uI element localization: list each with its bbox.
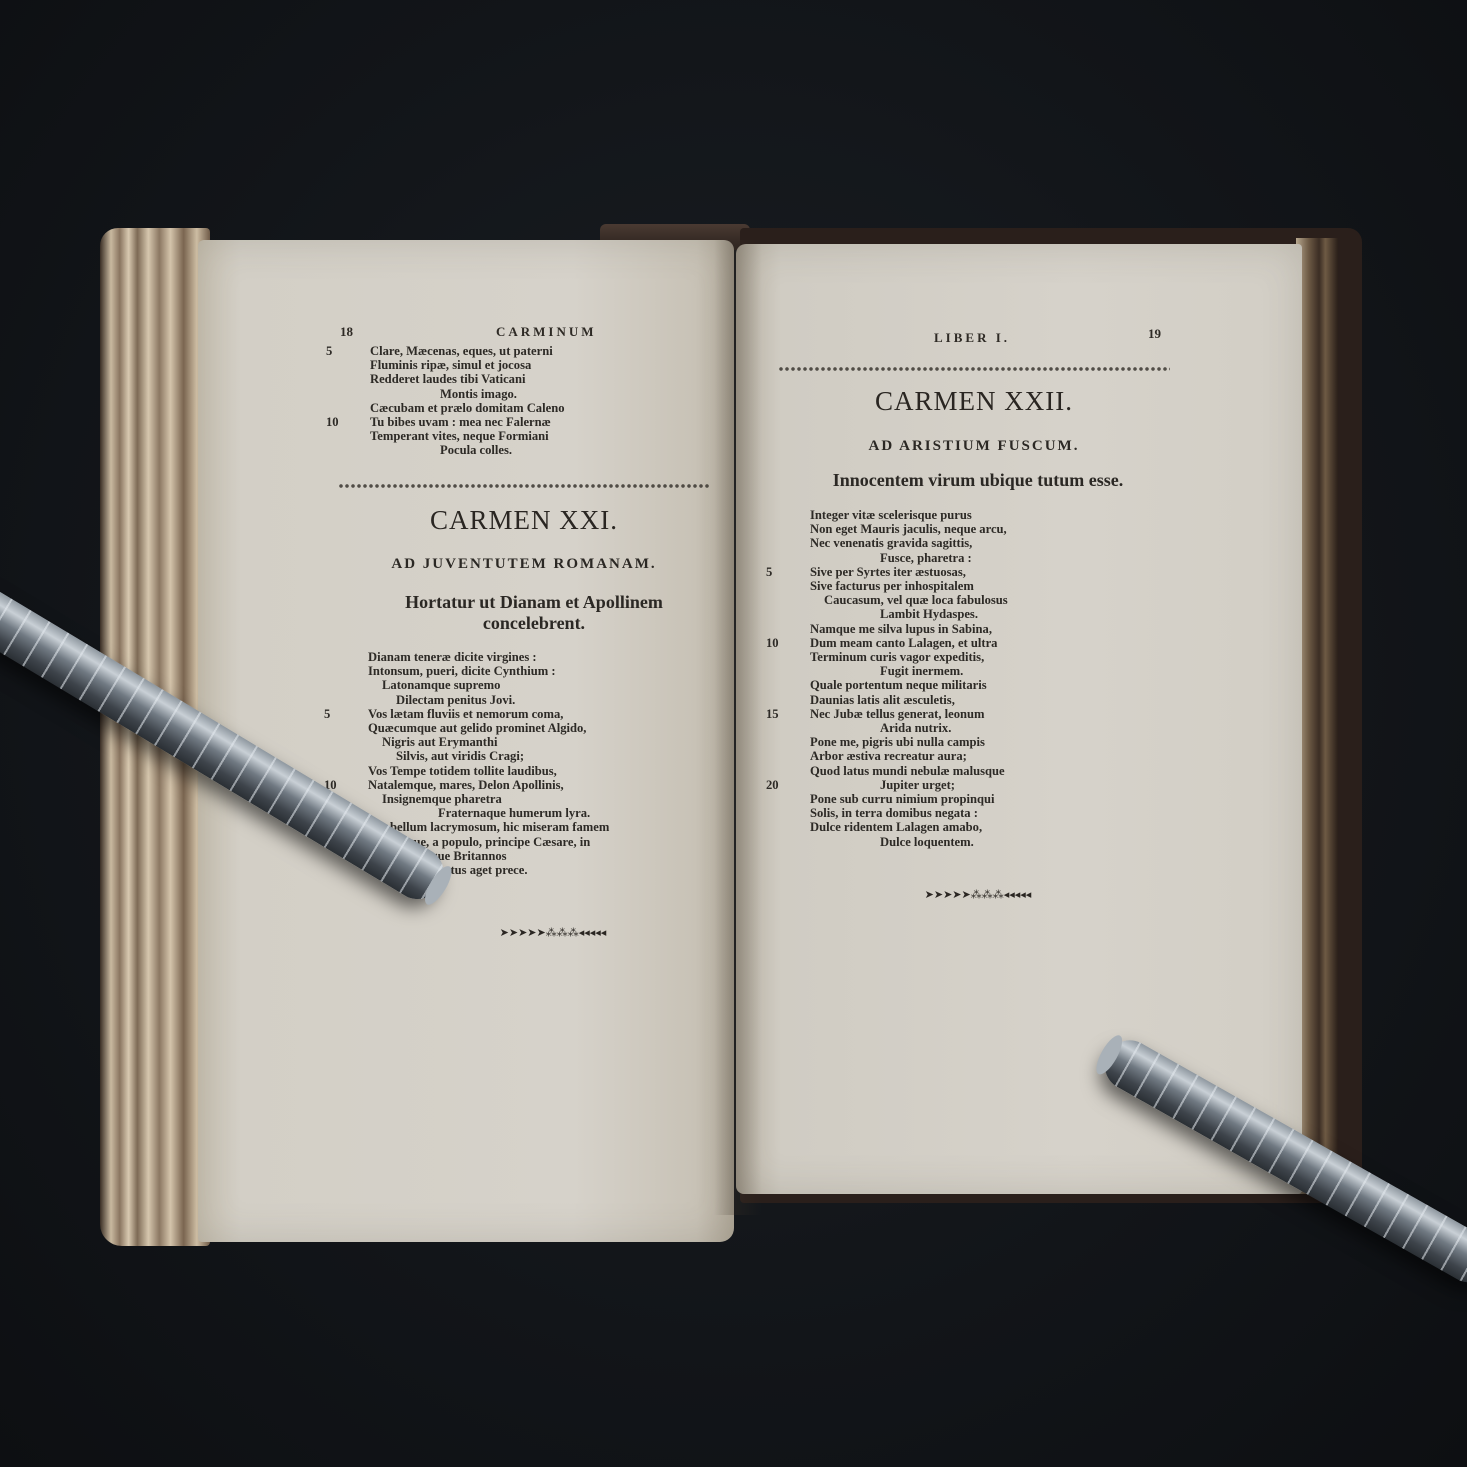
argument-line: Innocentem virum ubique tutum esse. bbox=[778, 470, 1178, 491]
verse-text: Pocula colles. bbox=[440, 443, 512, 457]
verse-text: Nigris aut Erymanthi bbox=[382, 735, 497, 749]
line-number: 5 bbox=[766, 565, 796, 579]
verse-line: Daunias latis alit æsculetis, bbox=[810, 693, 1008, 707]
verse-line: 5Clare, Mæcenas, eques, ut paterni bbox=[370, 344, 565, 358]
verse-text: Sive facturus per inhospitalem bbox=[810, 579, 974, 593]
verse-line: Solis, in terra domibus negata : bbox=[810, 806, 1008, 820]
verse-text: Solis, in terra domibus negata : bbox=[810, 806, 978, 820]
right-page: LIBER I. 19 CARMEN XXII. AD ARISTIUM FUS… bbox=[736, 244, 1302, 1194]
poem-dedication: AD JUVENTUTEM ROMANAM. bbox=[338, 556, 710, 573]
poem-argument: Hortatur ut Dianam et Apollinem conceleb… bbox=[348, 592, 720, 634]
verse-line: Pone sub curru nimium propinqui bbox=[810, 792, 1008, 806]
verse-text: Sive per Syrtes iter æstuosas, bbox=[810, 565, 966, 579]
line-number: 15 bbox=[766, 707, 796, 721]
verse-text: Arida nutrix. bbox=[880, 721, 951, 735]
verse-text: Terminum curis vagor expeditis, bbox=[810, 650, 984, 664]
verse-text: Jupiter urget; bbox=[880, 778, 955, 792]
verse-line: Fluminis ripæ, simul et jocosa bbox=[370, 358, 565, 372]
verse-line: Fraternaque humerum lyra. bbox=[368, 806, 609, 820]
verse-line: Latonamque supremo bbox=[368, 678, 609, 692]
verse-text: Dianam teneræ dicite virgines : bbox=[368, 650, 537, 664]
verse-text: Fluminis ripæ, simul et jocosa bbox=[370, 358, 531, 372]
verse-text: Non eget Mauris jaculis, neque arcu, bbox=[810, 522, 1007, 536]
verse-text: Fusce, pharetra : bbox=[880, 551, 972, 565]
verse-line: Insignemque pharetra bbox=[368, 792, 609, 806]
verse-text: Dulce ridentem Lalagen amabo, bbox=[810, 820, 982, 834]
verse-text: Clare, Mæcenas, eques, ut paterni bbox=[370, 344, 553, 358]
verse-line: Redderet laudes tibi Vaticani bbox=[370, 372, 565, 386]
verse-text: Quod latus mundi nebulæ malusque bbox=[810, 764, 1005, 778]
verse-text: Latonamque supremo bbox=[382, 678, 500, 692]
verse-line: Dilectam penitus Jovi. bbox=[368, 693, 609, 707]
verse-line: Namque me silva lupus in Sabina, bbox=[810, 622, 1008, 636]
verse-text: Intonsum, pueri, dicite Cynthium : bbox=[368, 664, 556, 678]
ornamental-rule bbox=[778, 366, 1170, 372]
running-head-right: LIBER I. bbox=[934, 330, 1010, 346]
verse-line: 10Dum meam canto Lalagen, et ultra bbox=[810, 636, 1008, 650]
running-head-left: CARMINUM bbox=[496, 324, 597, 340]
verse-line: Fugit inermem. bbox=[810, 664, 1008, 678]
verse-line: 10Natalemque, mares, Delon Apollinis, bbox=[368, 778, 609, 792]
verse-text: Fraternaque humerum lyra. bbox=[438, 806, 590, 820]
verse-text: Lambit Hydaspes. bbox=[880, 607, 978, 621]
verse-line: Intonsum, pueri, dicite Cynthium : bbox=[368, 664, 609, 678]
photo-scene: 18 CARMINUM 5Clare, Mæcenas, eques, ut p… bbox=[0, 0, 1467, 1467]
page-number-left: 18 bbox=[340, 324, 353, 340]
verse-text: Vos Tempe totidem tollite laudibus, bbox=[368, 764, 557, 778]
verse-line: 10Tu bibes uvam : mea nec Falernæ bbox=[370, 415, 565, 429]
verse-text: Hic bellum lacrymosum, hic miseram famem bbox=[368, 820, 609, 834]
verse-text: Integer vitæ scelerisque purus bbox=[810, 508, 972, 522]
verse-line: Quod latus mundi nebulæ malusque bbox=[810, 764, 1008, 778]
book-right-fore-edge bbox=[1296, 238, 1338, 1194]
verse-line: 5Vos lætam fluviis et nemorum coma, bbox=[368, 707, 609, 721]
verse-line: Sive facturus per inhospitalem bbox=[810, 579, 1008, 593]
verse-text: Fugit inermem. bbox=[880, 664, 963, 678]
verse-line: Arbor æstiva recreatur aura; bbox=[810, 749, 1008, 763]
verse-text: Caucasum, vel quæ loca fabulosus bbox=[824, 593, 1008, 607]
verse-text: Quale portentum neque militaris bbox=[810, 678, 987, 692]
verse-text: Vos lætam fluviis et nemorum coma, bbox=[368, 707, 563, 721]
verse-line: Vos Tempe totidem tollite laudibus, bbox=[368, 764, 609, 778]
verse-text: Insignemque pharetra bbox=[382, 792, 502, 806]
line-number: 5 bbox=[326, 344, 356, 358]
argument-line: concelebrent. bbox=[348, 613, 720, 634]
verse-line: Nigris aut Erymanthi bbox=[368, 735, 609, 749]
verse-text: Silvis, aut viridis Cragi; bbox=[396, 749, 524, 763]
verse-text: Pone sub curru nimium propinqui bbox=[810, 792, 995, 806]
poem-title: CARMEN XXII. bbox=[778, 386, 1170, 417]
verse-line: Pocula colles. bbox=[370, 443, 565, 457]
verse-line: Dianam teneræ dicite virgines : bbox=[368, 650, 609, 664]
verse-line: Non eget Mauris jaculis, neque arcu, bbox=[810, 522, 1008, 536]
verse-text: Nec venenatis gravida sagittis, bbox=[810, 536, 972, 550]
line-number: 10 bbox=[766, 636, 796, 650]
verse-line: Terminum curis vagor expeditis, bbox=[810, 650, 1008, 664]
verse-text: Pone me, pigris ubi nulla campis bbox=[810, 735, 985, 749]
verse-line: 15Nec Jubæ tellus generat, leonum bbox=[810, 707, 1008, 721]
verse-text: Redderet laudes tibi Vaticani bbox=[370, 372, 525, 386]
verse-text: Nec Jubæ tellus generat, leonum bbox=[810, 707, 985, 721]
verse-line: Cæcubam et prælo domitam Caleno bbox=[370, 401, 565, 415]
verse-text: Dulce loquentem. bbox=[880, 835, 974, 849]
verse-text: Cæcubam et prælo domitam Caleno bbox=[370, 401, 565, 415]
verse-line: Lambit Hydaspes. bbox=[810, 607, 1008, 621]
verse-text: Namque me silva lupus in Sabina, bbox=[810, 622, 992, 636]
poem-argument: Innocentem virum ubique tutum esse. bbox=[778, 470, 1178, 491]
argument-line: Hortatur ut Dianam et Apollinem bbox=[348, 592, 720, 613]
page-number-right: 19 bbox=[1148, 326, 1161, 342]
verse-line: Silvis, aut viridis Cragi; bbox=[368, 749, 609, 763]
verse-line: Dulce loquentem. bbox=[810, 835, 1008, 849]
verse-line: Dulce ridentem Lalagen amabo, bbox=[810, 820, 1008, 834]
verse-text: Montis imago. bbox=[440, 387, 517, 401]
verse-line: Caucasum, vel quæ loca fabulosus bbox=[810, 593, 1008, 607]
verse-line: Fusce, pharetra : bbox=[810, 551, 1008, 565]
left-page: 18 CARMINUM 5Clare, Mæcenas, eques, ut p… bbox=[198, 240, 734, 1242]
verse-line: Integer vitæ scelerisque purus bbox=[810, 508, 1008, 522]
line-number: 5 bbox=[324, 707, 354, 721]
tailpiece-fleuron: ➤➤➤➤➤⁂⁂⁂◂◂◂◂◂ bbox=[468, 928, 638, 938]
verse-text: Natalemque, mares, Delon Apollinis, bbox=[368, 778, 564, 792]
verse-line: Pone me, pigris ubi nulla campis bbox=[810, 735, 1008, 749]
verse-line: 5Sive per Syrtes iter æstuosas, bbox=[810, 565, 1008, 579]
verse-text: Tu bibes uvam : mea nec Falernæ bbox=[370, 415, 551, 429]
verse-line: Nec venenatis gravida sagittis, bbox=[810, 536, 1008, 550]
tailpiece-fleuron: ➤➤➤➤➤⁂⁂⁂◂◂◂◂◂ bbox=[888, 890, 1068, 900]
verse-line: Montis imago. bbox=[370, 387, 565, 401]
poem-title: CARMEN XXI. bbox=[338, 505, 710, 536]
verse-text: Arbor æstiva recreatur aura; bbox=[810, 749, 967, 763]
poem-dedication: AD ARISTIUM FUSCUM. bbox=[778, 438, 1170, 455]
verse-text: Daunias latis alit æsculetis, bbox=[810, 693, 955, 707]
verse-line: 20Jupiter urget; bbox=[810, 778, 1008, 792]
verse-line: Temperant vites, neque Formiani bbox=[370, 429, 565, 443]
verse-line: Arida nutrix. bbox=[810, 721, 1008, 735]
continued-poem-verses: 5Clare, Mæcenas, eques, ut paterniFlumin… bbox=[370, 344, 565, 458]
verse-text: Temperant vites, neque Formiani bbox=[370, 429, 549, 443]
poem-verses: Integer vitæ scelerisque purusNon eget M… bbox=[810, 508, 1008, 849]
verse-line: Hic bellum lacrymosum, hic miseram famem bbox=[368, 820, 609, 834]
ornamental-rule bbox=[338, 483, 710, 489]
line-number: 20 bbox=[766, 778, 796, 792]
verse-text: Quæcumque aut gelido prominet Algido, bbox=[368, 721, 586, 735]
verse-text: Dilectam penitus Jovi. bbox=[396, 693, 515, 707]
line-number: 10 bbox=[326, 415, 356, 429]
verse-line: Quale portentum neque militaris bbox=[810, 678, 1008, 692]
verse-line: Quæcumque aut gelido prominet Algido, bbox=[368, 721, 609, 735]
verse-text: Dum meam canto Lalagen, et ultra bbox=[810, 636, 997, 650]
gutter-shadow bbox=[714, 240, 762, 1215]
